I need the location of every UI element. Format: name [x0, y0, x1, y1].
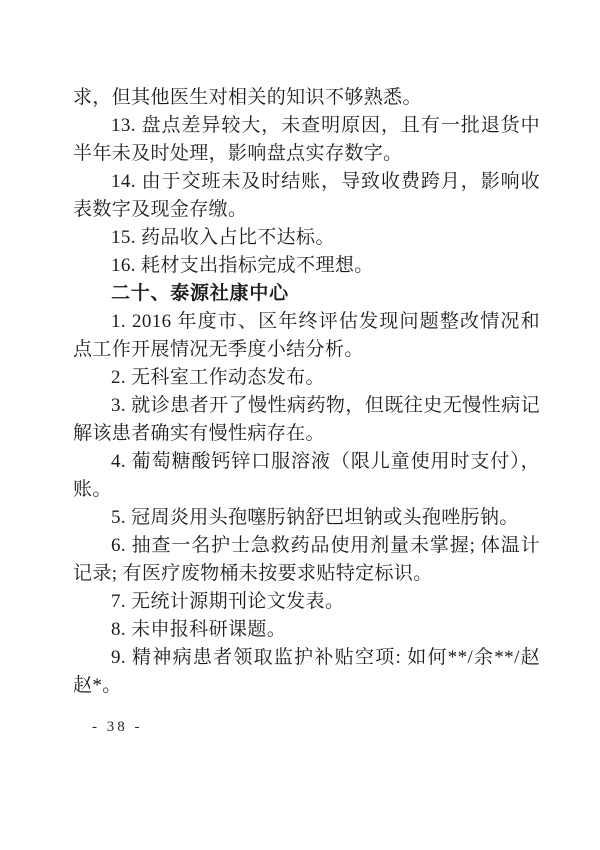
page-number: - 38 - [92, 719, 143, 736]
text-line: 7. 无统计源期刊论文发表。 [73, 588, 540, 616]
text-line: 15. 药品收入占比不达标。 [73, 224, 540, 252]
text-line: 9. 精神病患者领取监护补贴空项: 如何**/余**/赵**/宋*/ [73, 644, 540, 672]
text-line: 求，但其他医生对相关的知识不够熟悉。 [73, 84, 540, 112]
document-text-block: 求，但其他医生对相关的知识不够熟悉。13. 盘点差异较大，未查明原因，且有一批退… [73, 84, 540, 700]
text-line: 6. 抽查一名护士急救药品使用剂量未掌握; 体温计预处理无 [73, 532, 540, 560]
text-line: 半年未及时处理，影响盘点实存数字。 [73, 140, 540, 168]
text-line: 1. 2016 年度市、区年终评估发现问题整改情况和对今年重 [73, 308, 540, 336]
text-line: 3. 就诊患者开了慢性病药物，但既往史无慢性病记录，经了 [73, 392, 540, 420]
text-line: 解该患者确实有慢性病存在。 [73, 420, 540, 448]
document-page: 求，但其他医生对相关的知识不够熟悉。13. 盘点差异较大，未查明原因，且有一批退… [0, 0, 600, 850]
text-line: 5. 冠周炎用头孢噻肟钠舒巴坦钠或头孢唑肟钠。 [73, 504, 540, 532]
text-line: 8. 未申报科研课题。 [73, 616, 540, 644]
text-line: 16. 耗材支出指标完成不理想。 [73, 252, 540, 280]
text-line: 13. 盘点差异较大，未查明原因，且有一批退货中草药长达 [73, 112, 540, 140]
text-line: 账。 [73, 476, 540, 504]
text-line: 记录; 有医疗废物桶未按要求贴特定标识。 [73, 560, 540, 588]
text-line: 2. 无科室工作动态发布。 [73, 364, 540, 392]
text-line: 4. 葡萄糖酸钙锌口服溶液（限儿童使用时支付），给成人记 [73, 448, 540, 476]
text-line: 赵*。 [73, 672, 540, 700]
section-heading: 二十、泰源社康中心 [73, 280, 540, 308]
text-line: 点工作开展情况无季度小结分析。 [73, 336, 540, 364]
text-line: 表数字及现金存缴。 [73, 196, 540, 224]
text-line: 14. 由于交班未及时结账，导致收费跨月，影响收入结算报 [73, 168, 540, 196]
